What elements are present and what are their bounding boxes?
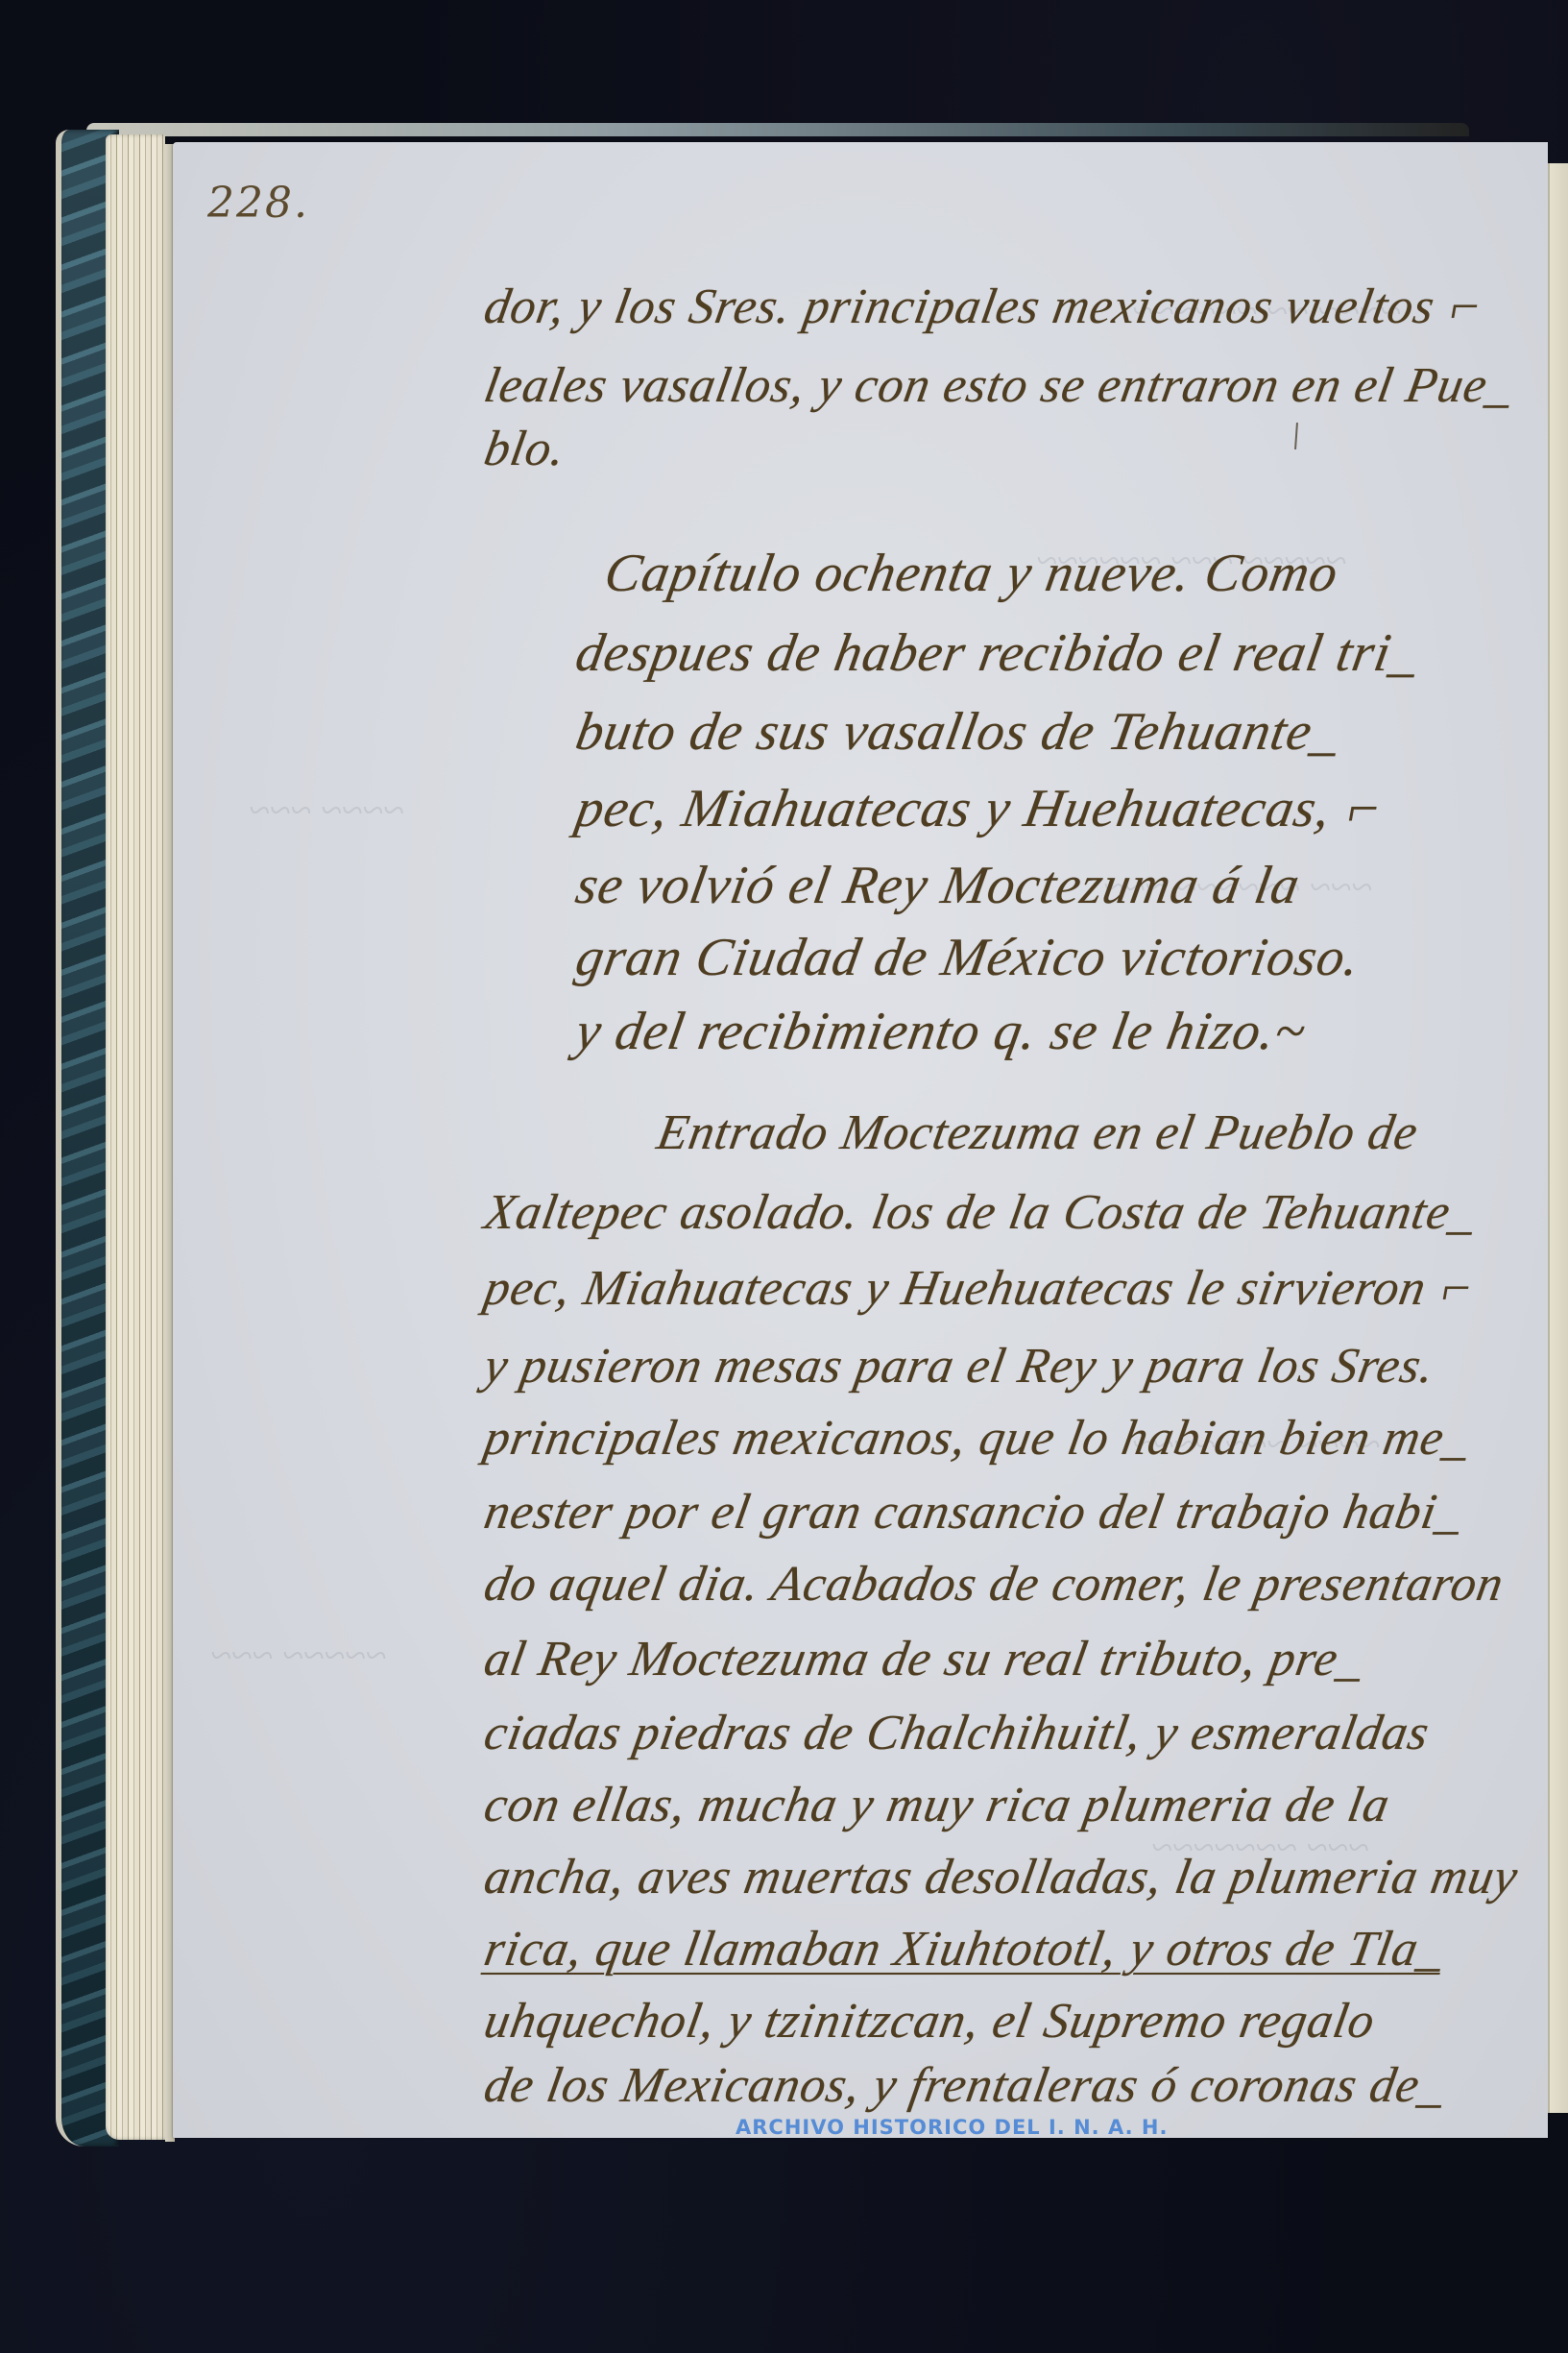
text-line: leales vasallos, y con esto se entraron … (480, 357, 1518, 414)
body-line: principales mexicanos, que lo habian bie… (480, 1410, 1475, 1467)
body-line: al Rey Moctezuma de su real tributo, pre… (480, 1631, 1369, 1687)
text-line: blo. (480, 421, 570, 477)
book-cover-top-edge (86, 123, 1469, 136)
chapter-heading-line: y del recibimiento q. se le hizo.~ (571, 1001, 1311, 1062)
body-line: do aquel dia. Acabados de comer, le pres… (480, 1556, 1508, 1613)
body-line: nester por el gran cansancio del trabajo… (480, 1484, 1467, 1540)
body-line: Entrado Moctezuma en el Pueblo de (653, 1104, 1423, 1161)
body-line: con ellas, mucha y muy rica plumeria de … (480, 1777, 1394, 1833)
chapter-heading-line: pec, Miahuatecas y Huehuatecas, ⌐ (571, 778, 1387, 839)
chapter-heading-line: despues de haber recibido el real tri_ (571, 622, 1424, 684)
text-line: dor, y los Sres. principales mexicanos v… (480, 279, 1487, 335)
chapter-heading-line: se volvió el Rey Moctezuma á la (571, 855, 1305, 916)
body-line: ancha, aves muertas desolladas, la plume… (480, 1849, 1523, 1905)
stacked-page-edges (106, 134, 165, 2140)
archive-stamp: ARCHIVO HISTORICO DEL I. N. A. H. (736, 2116, 1168, 2139)
body-line: Xaltepec asolado. los de la Costa de Teh… (480, 1184, 1481, 1241)
page-number: 228. (207, 179, 309, 228)
chapter-heading-line: gran Ciudad de México victorioso. (571, 927, 1365, 988)
chapter-heading-line: buto de sus vasallos de Tehuante_ (571, 701, 1345, 763)
body-line: pec, Miahuatecas y Huehuatecas le sirvie… (480, 1260, 1479, 1317)
body-line: uhquechol, y tzinitzcan, el Supremo rega… (480, 1993, 1380, 2050)
chapter-heading-line: Capítulo ochenta y nueve. Como (600, 543, 1343, 604)
body-line-underlined: rica, que llamaban Xiuhtototl, y otros d… (480, 1921, 1449, 1977)
body-line: ciadas piedras de Chalchihuitl, y esmera… (480, 1705, 1434, 1761)
body-line: de los Mexicanos, y frentaleras ó corona… (480, 2057, 1450, 2114)
body-line: y pusieron mesas para el Rey y para los … (480, 1338, 1439, 1395)
